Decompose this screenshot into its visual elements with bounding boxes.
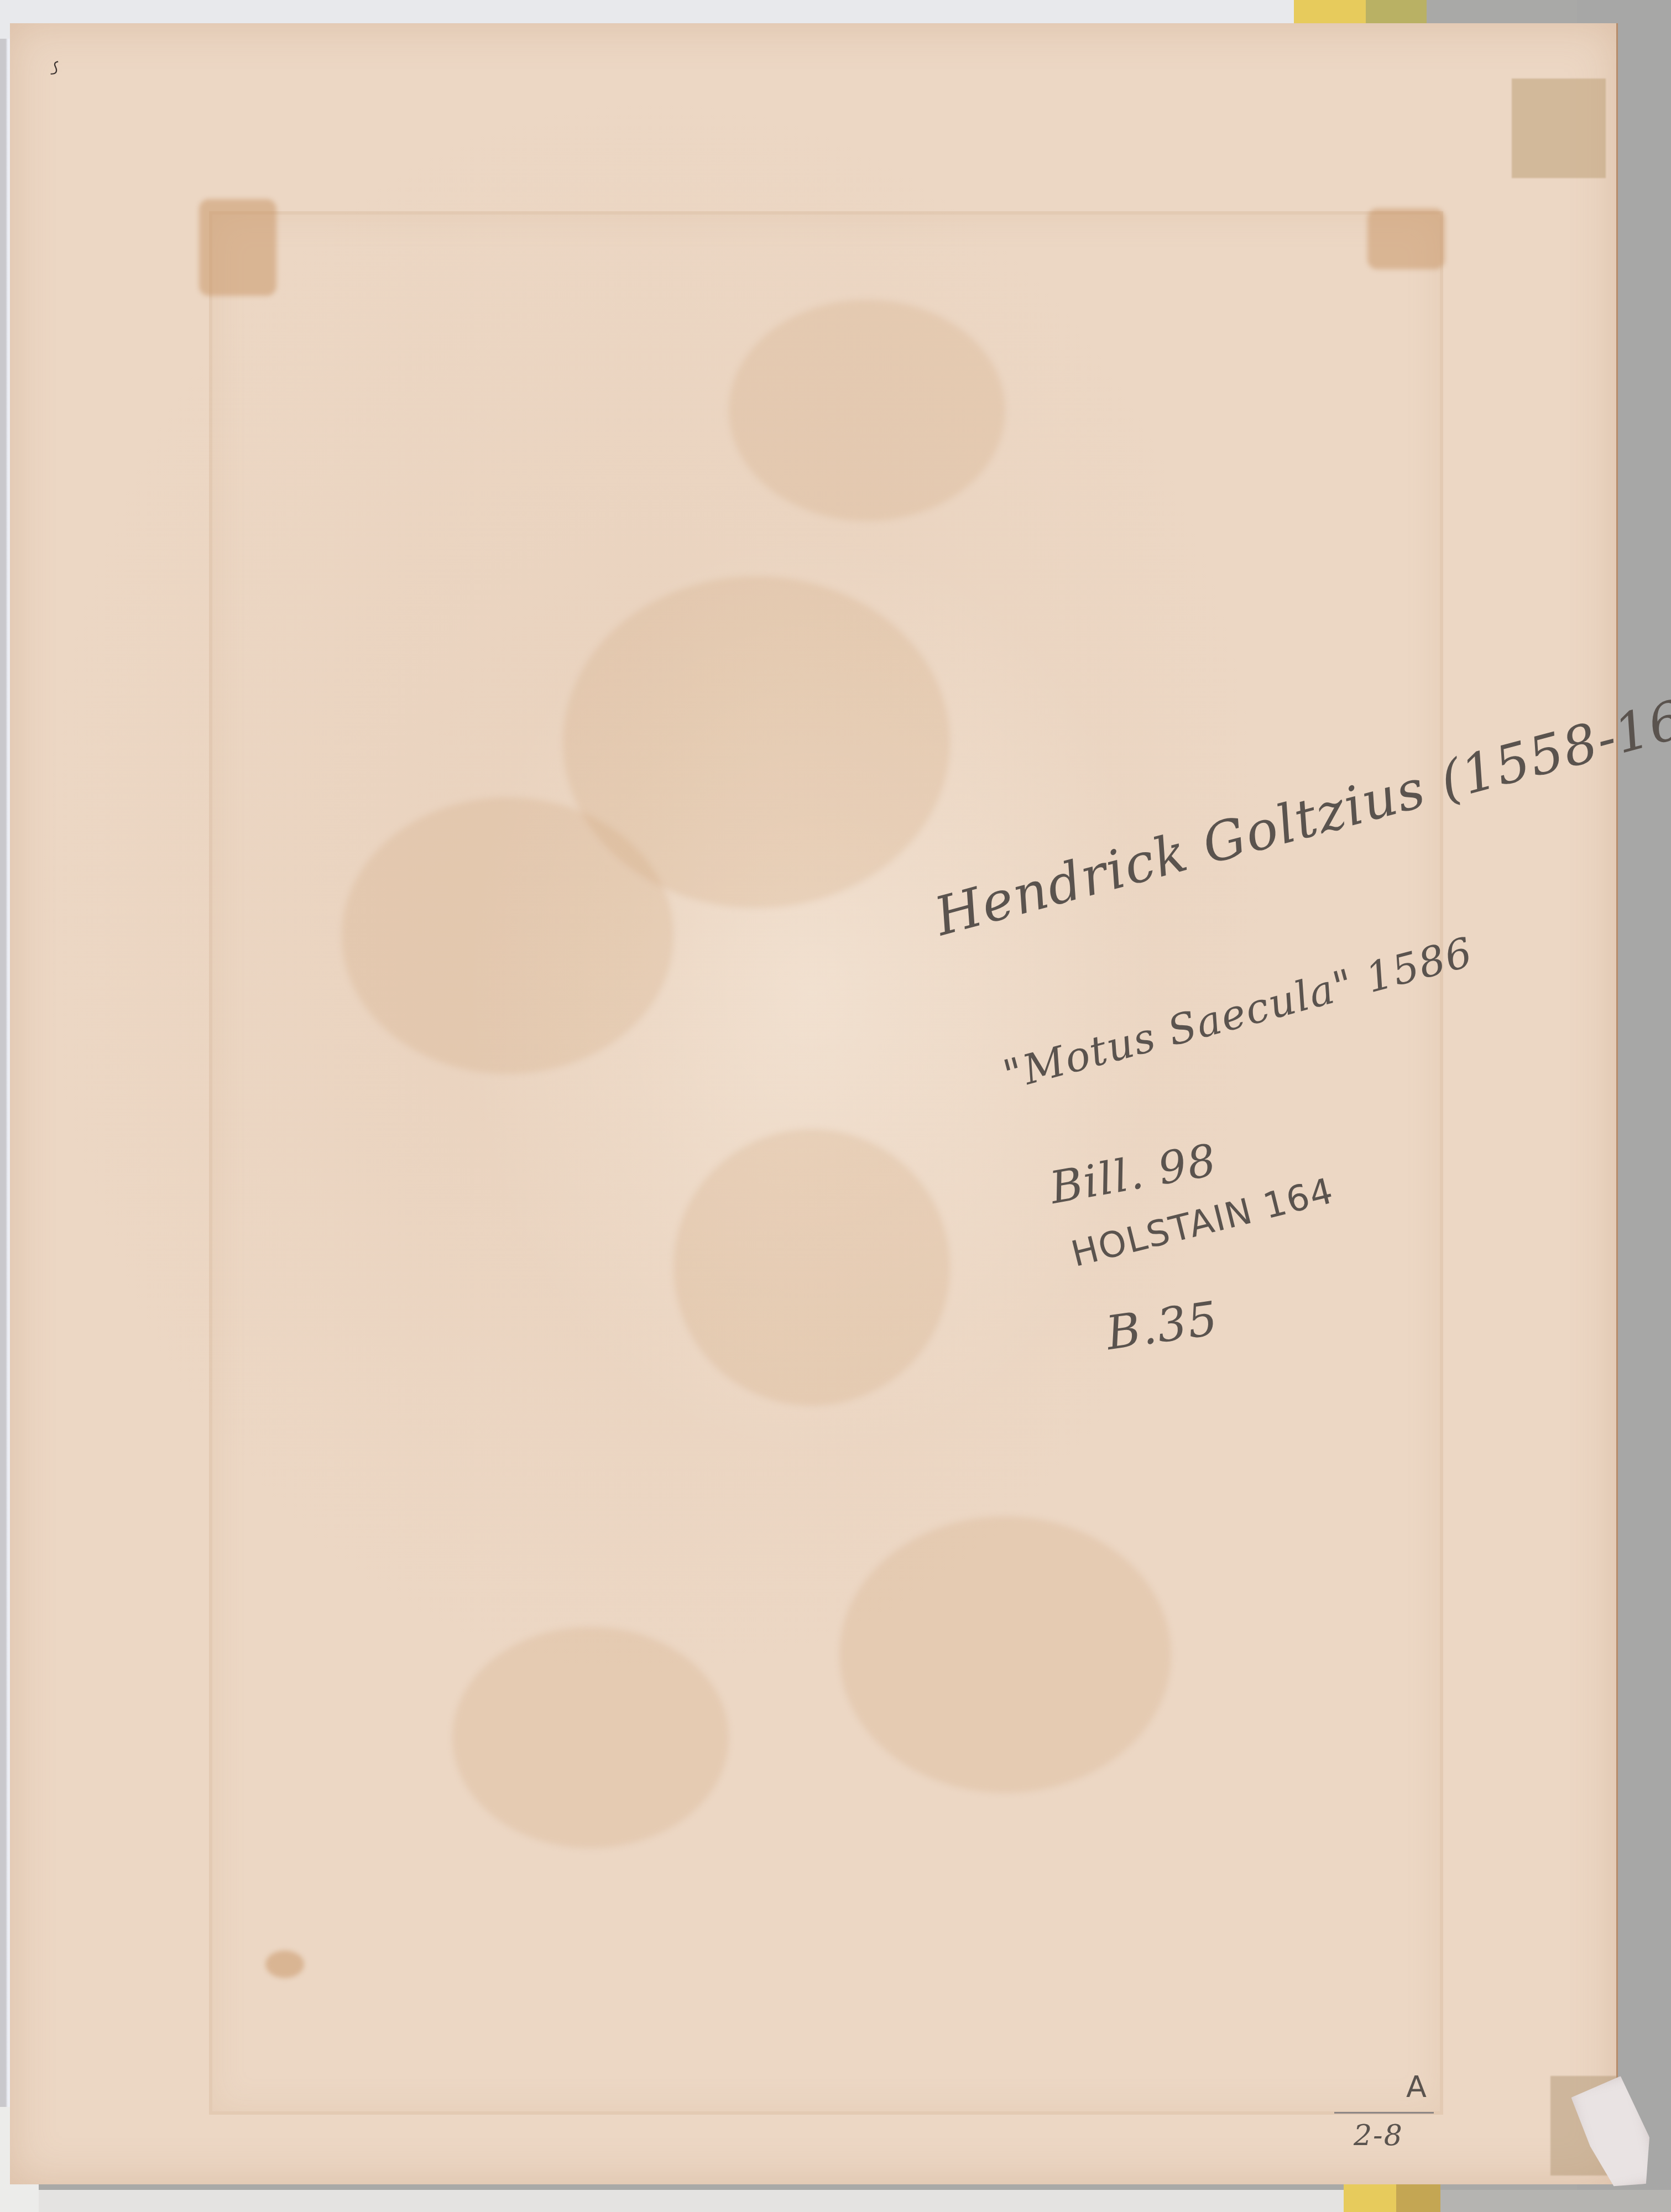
stain-top-right bbox=[1367, 208, 1445, 269]
lot-fraction-top: A bbox=[1406, 2069, 1428, 2104]
foxing-spot bbox=[729, 300, 1005, 521]
paper-sheet: ꠹ Hendrick Goltzius (1558-1617) "Motus S… bbox=[10, 23, 1618, 2184]
foxing-spot bbox=[342, 797, 673, 1074]
stain-bottom-left bbox=[265, 1950, 304, 1978]
foxing-spot bbox=[673, 1129, 950, 1406]
foxing-spot bbox=[452, 1627, 729, 1848]
lot-fraction-line bbox=[1334, 2112, 1434, 2114]
lot-fraction-bottom: 2-8 bbox=[1354, 2119, 1403, 2152]
hinge-tape-top-right bbox=[1512, 79, 1606, 178]
corner-mark: ꠹ bbox=[53, 56, 59, 77]
yellow-tape-bottom bbox=[1344, 2184, 1440, 2212]
tape-shadow bbox=[1396, 2184, 1441, 2212]
stain-top-left bbox=[199, 199, 276, 296]
foxing-spot bbox=[839, 1516, 1171, 1793]
